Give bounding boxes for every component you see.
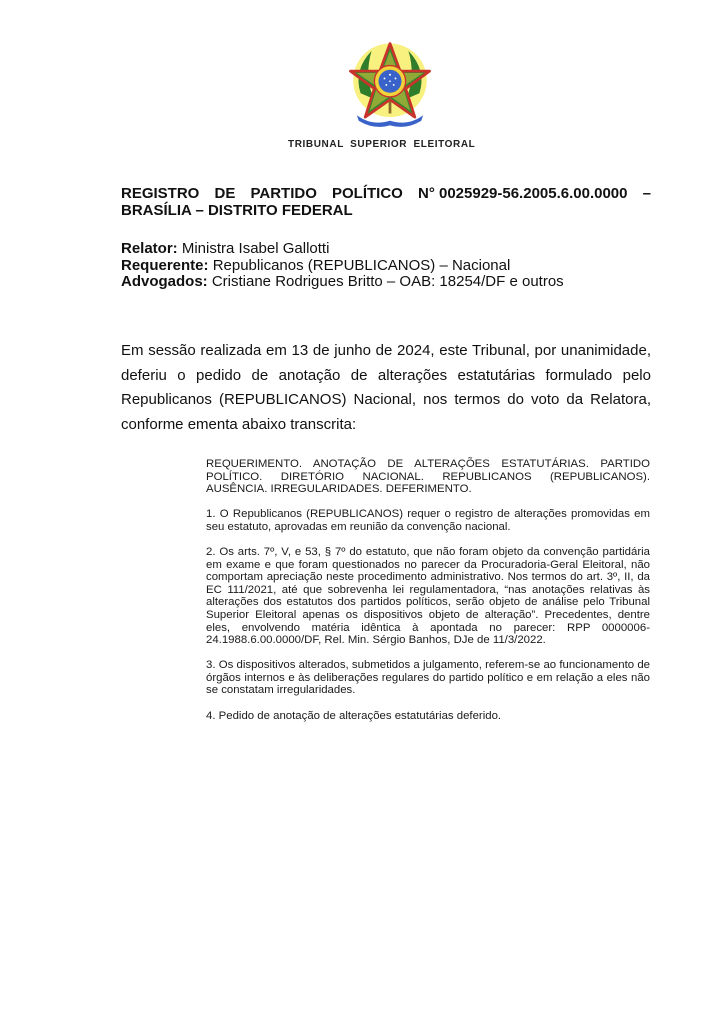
advogados-label: Advogados: bbox=[121, 273, 208, 290]
advogados-line: Advogados: Cristiane Rodrigues Britto – … bbox=[121, 274, 564, 291]
ementa-item: 4. Pedido de anotação de alterações esta… bbox=[206, 710, 650, 723]
title-word: REGISTRO bbox=[121, 185, 199, 202]
title-dash: – bbox=[643, 185, 651, 202]
intro-paragraph: Em sessão realizada em 13 de junho de 20… bbox=[121, 339, 651, 437]
brazil-coat-of-arms-icon bbox=[344, 38, 436, 130]
ementa-block: REQUERIMENTO. ANOTAÇÃO DE ALTERAÇÕES EST… bbox=[206, 458, 650, 735]
title-word: DE bbox=[214, 185, 235, 202]
relator-value: Ministra Isabel Gallotti bbox=[178, 240, 330, 257]
requerente-label: Requerente: bbox=[121, 257, 209, 274]
ementa-item: 3. Os dispositivos alterados, submetidos… bbox=[206, 659, 650, 697]
relator-label: Relator: bbox=[121, 240, 178, 257]
title-word: POLÍTICO bbox=[332, 185, 403, 202]
title-word: PARTIDO bbox=[250, 185, 316, 202]
requerente-value: Republicanos (REPUBLICANOS) – Nacional bbox=[209, 257, 511, 274]
relator-line: Relator: Ministra Isabel Gallotti bbox=[121, 241, 564, 258]
title-line-2: BRASÍLIA – DISTRITO FEDERAL bbox=[121, 202, 651, 219]
process-number: N° 0025929-56.2005.6.00.0000 bbox=[418, 185, 628, 202]
court-name: TRIBUNAL SUPERIOR ELEITORAL bbox=[288, 139, 475, 150]
advogados-value: Cristiane Rodrigues Britto – OAB: 18254/… bbox=[208, 273, 564, 290]
ementa-heading: REQUERIMENTO. ANOTAÇÃO DE ALTERAÇÕES EST… bbox=[206, 458, 650, 496]
document-title: REGISTRO DE PARTIDO POLÍTICO N° 0025929-… bbox=[121, 185, 651, 219]
title-line-1: REGISTRO DE PARTIDO POLÍTICO N° 0025929-… bbox=[121, 185, 651, 202]
ementa-item: 2. Os arts. 7º, V, e 53, § 7º do estatut… bbox=[206, 546, 650, 647]
requerente-line: Requerente: Republicanos (REPUBLICANOS) … bbox=[121, 258, 564, 275]
ementa-item: 1. O Republicanos (REPUBLICANOS) requer … bbox=[206, 508, 650, 533]
parties-block: Relator: Ministra Isabel Gallotti Requer… bbox=[121, 241, 564, 291]
